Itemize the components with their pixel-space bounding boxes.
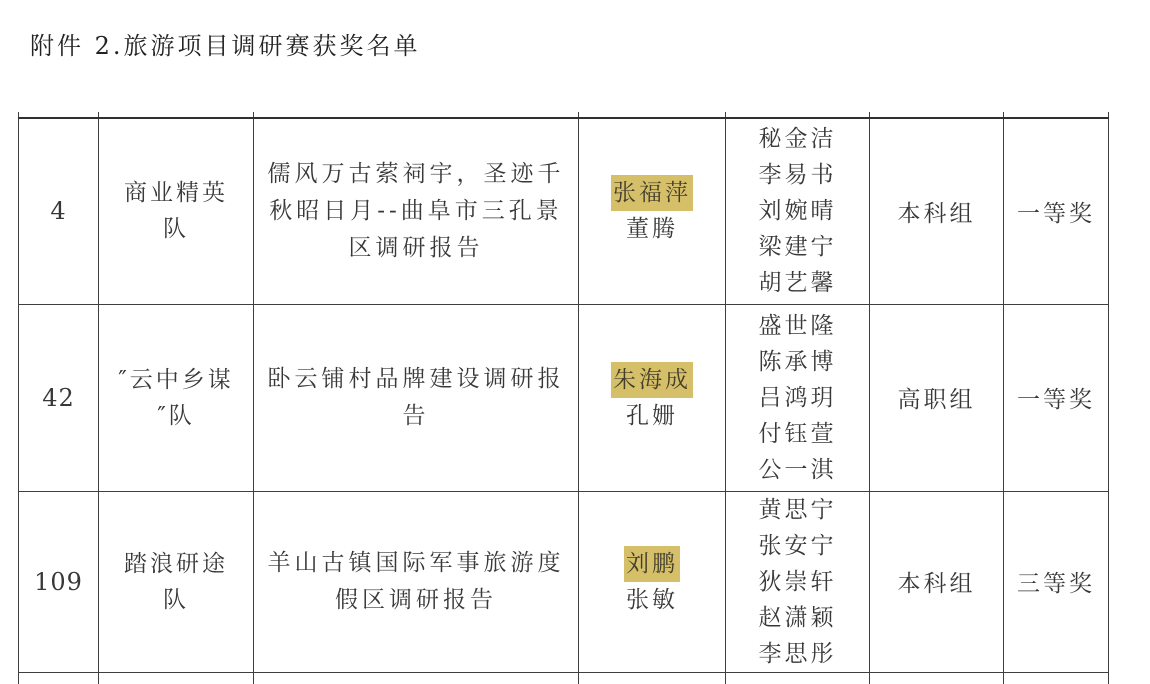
stub-cell	[254, 672, 579, 684]
table-row: 109 踏浪研途 队 羊山古镇国际军事旅游度 假区调研报告 刘鹏 张敏 黄思宁 …	[19, 491, 1109, 672]
advisor-name-highlighted: 张福萍	[611, 175, 693, 211]
table-row-cutoff-bottom	[19, 672, 1109, 684]
cell-award: 三等奖	[1004, 491, 1109, 672]
cell-team-name: 踏浪研途 队	[99, 491, 254, 672]
cell-team-name: 商业精英 队	[99, 118, 254, 304]
cell-advisors: 刘鹏 张敏	[579, 491, 726, 672]
advisor-name: 张敏	[581, 582, 723, 618]
cell-award: 一等奖	[1004, 304, 1109, 491]
advisor-name: 董腾	[581, 211, 723, 247]
cell-group: 本科组	[870, 491, 1004, 672]
page-title: 附件 2.旅游项目调研赛获奖名单	[30, 26, 421, 61]
table-row: 4 商业精英 队 儒风万古萦祠宇，圣迹千 秋昭日月--曲阜市三孔景 区调研报告 …	[19, 118, 1109, 304]
cell-entry-number: 109	[19, 491, 99, 672]
table-row: 42 ″云中乡谋 ″队 卧云铺村品牌建设调研报 告 朱海成 孔姗 盛世隆 陈承博…	[19, 304, 1109, 491]
cell-entry-number: 4	[19, 118, 99, 304]
advisor-name-highlighted: 刘鹏	[624, 546, 680, 582]
cell-project-title: 卧云铺村品牌建设调研报 告	[254, 304, 579, 491]
stub-cell	[579, 672, 726, 684]
cell-group: 高职组	[870, 304, 1004, 491]
stub-cell	[19, 672, 99, 684]
advisor-name: 孔姗	[581, 398, 723, 434]
cell-advisors: 朱海成 孔姗	[579, 304, 726, 491]
cell-entry-number: 42	[19, 304, 99, 491]
stub-cell	[1004, 672, 1109, 684]
cell-members: 黄思宁 张安宁 狄崇轩 赵潇颖 李思彤	[726, 491, 870, 672]
cell-team-name: ″云中乡谋 ″队	[99, 304, 254, 491]
cell-project-title: 羊山古镇国际军事旅游度 假区调研报告	[254, 491, 579, 672]
cell-members: 盛世隆 陈承博 吕鸿玥 付钰萱 公一淇	[726, 304, 870, 491]
stub-cell	[99, 672, 254, 684]
cell-members: 秘金洁 李易书 刘婉晴 梁建宁 胡艺馨	[726, 118, 870, 304]
cell-group: 本科组	[870, 118, 1004, 304]
cell-award: 一等奖	[1004, 118, 1109, 304]
advisor-name-highlighted: 朱海成	[611, 362, 693, 398]
cell-project-title: 儒风万古萦祠宇，圣迹千 秋昭日月--曲阜市三孔景 区调研报告	[254, 118, 579, 304]
stub-cell	[870, 672, 1004, 684]
stub-cell	[726, 672, 870, 684]
cell-advisors: 张福萍 董腾	[579, 118, 726, 304]
award-table: 4 商业精英 队 儒风万古萦祠宇，圣迹千 秋昭日月--曲阜市三孔景 区调研报告 …	[18, 112, 1109, 684]
